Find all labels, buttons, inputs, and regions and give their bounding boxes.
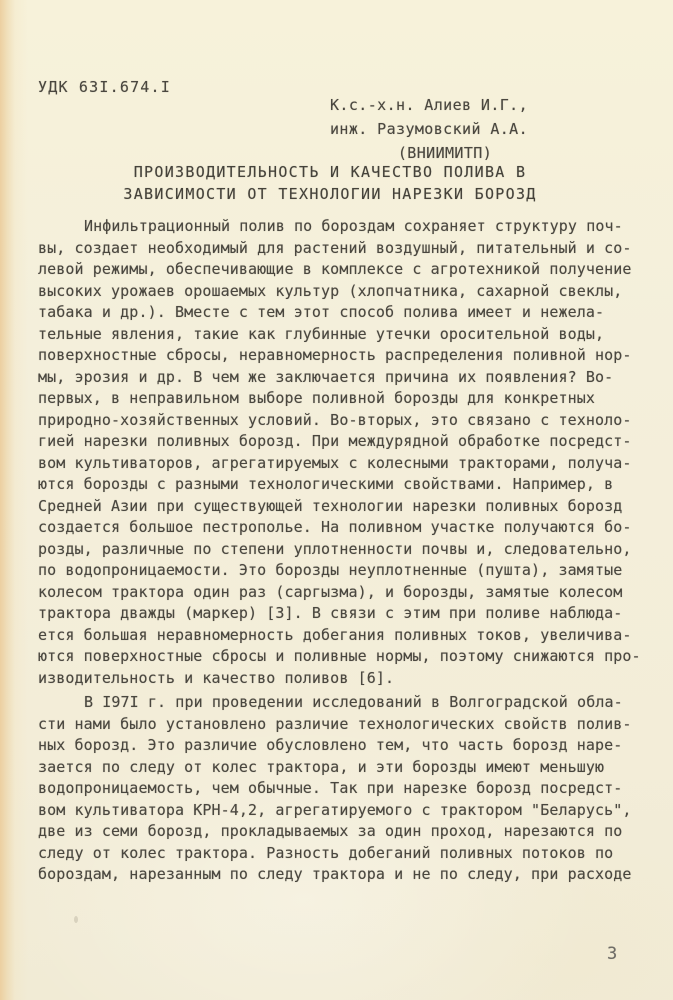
article-title-line-1: ПРОИЗВОДИТЕЛЬНОСТЬ И КАЧЕСТВО ПОЛИВА В (0, 161, 660, 183)
udc-classification-code: УДК 63I.674.I (38, 78, 171, 96)
paragraph-1: Инфильтрационный полив по бороздам сохра… (38, 216, 650, 689)
article-body: Инфильтрационный полив по бороздам сохра… (38, 216, 650, 886)
article-title: ПРОИЗВОДИТЕЛЬНОСТЬ И КАЧЕСТВО ПОЛИВА В З… (0, 161, 660, 205)
page-number: 3 (607, 944, 617, 964)
scanned-document-page: УДК 63I.674.I К.с.-х.н. Алиев И.Г., инж.… (0, 0, 673, 1000)
article-title-line-2: ЗАВИСИМОСТИ ОТ ТЕХНОЛОГИИ НАРЕЗКИ БОРОЗД (0, 183, 660, 205)
author-line-2: инж. Разумовский А.А. (330, 117, 560, 141)
author-line-1: К.с.-х.н. Алиев И.Г., (330, 93, 560, 117)
paragraph-2: В I97I г. при проведении исследований в … (38, 692, 650, 886)
scan-artifact-speck (74, 916, 78, 923)
authors-block: К.с.-х.н. Алиев И.Г., инж. Разумовский А… (330, 93, 560, 165)
